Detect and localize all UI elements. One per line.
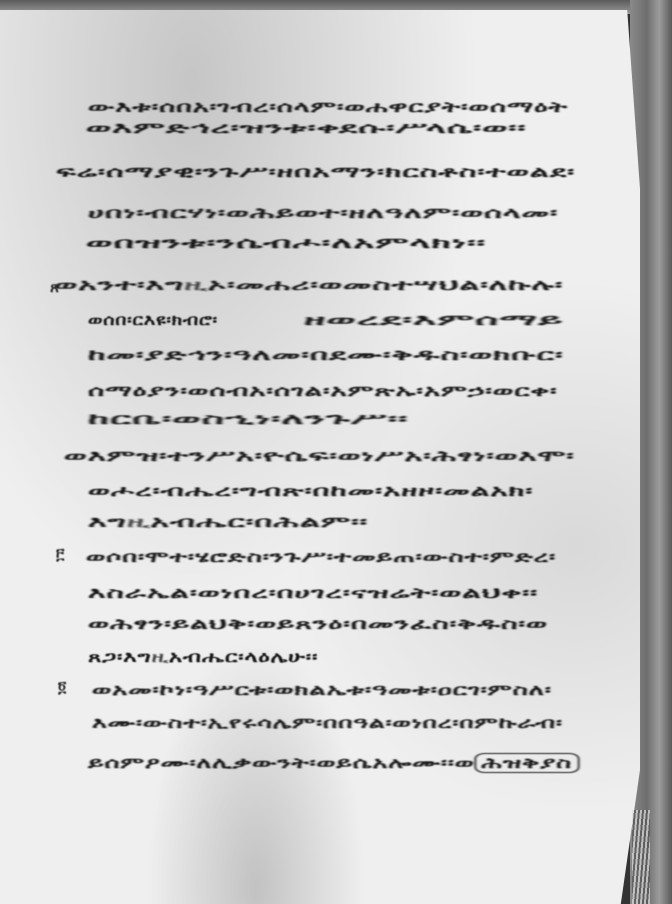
text-line: እስራኤል፡ወነበረ፡በሀገረ፡ናዝሬት፡ወልህቀ፡፡ — [88, 584, 538, 602]
text-line: ወአንተ፡እግዚኦ፡መሐሪ፡ወመስተሣህል፡ለኩሉ፡ — [54, 276, 563, 294]
text-line: ወሶበ፡ሞተ፡ሄሮድስ፡ንጉሥ፡ተመይጠ፡ውስተ፡ምድረ፡ — [86, 548, 556, 566]
text-line: ወአመ፡ኮነ፡ዓሥርቱ፡ወክልኤቱ፡ዓመቱ፡ዐርገ፡ምስለ፡ — [92, 681, 552, 699]
text-line: ወእምድኅረ፡ዝንቱ፡ቀደሱ፡ሥላሴ፡ወ፡፡ — [86, 119, 527, 137]
text-line: ወሕፃን፡ይልህቅ፡ወይጸንዕ፡በመንፈስ፡ቅዱስ፡ወ — [88, 615, 548, 633]
binding-threads — [632, 810, 650, 904]
text-line: ሀበነ፡ብርሃነ፡ወሕይወተ፡ዘለዓለም፡ወሰላመ፡ — [88, 204, 558, 222]
margin-mark: ጸ — [50, 278, 59, 296]
text-line: ወእምዝ፡ተንሥአ፡ዮሴፍ፡ወነሥአ፡ሕፃነ፡ወእሞ፡ — [64, 447, 575, 465]
margin-mark: ፬ — [58, 678, 66, 696]
text-line: ዘወረደ፡እምሰማይ — [304, 311, 564, 329]
margin-mark: ፫ — [56, 545, 64, 563]
text-line: ወበዝንቱ፡ንሴብሖ፡ለአምላክነ፡፡ — [86, 234, 486, 252]
manuscript-page: ውእቱ፡ሰበአ፡ገብረ፡ሰላም፡ወሐዋርያት፡ወሰማዕትወእምድኅረ፡ዝንቱ፡ቀ… — [0, 10, 640, 904]
text-line: ጸጋ፡እግዚአብሔር፡ላዕሌሁ፡፡ — [88, 648, 318, 666]
text-line: እግዚአብሔር፡በሕልም፡፡ — [88, 513, 368, 531]
text-line: ወሰበ፡ርእዩ፡ክብሮ፡ — [88, 311, 218, 329]
text-line: ፍሬ፡ሰማያዊ፡ንጉሥ፡ዘበአማን፡ክርስቶስ፡ተወልደ፡ — [56, 163, 575, 181]
boxed-word: ሕዝቅያስ — [474, 753, 578, 773]
text-line: ሰማዕያን፡ወሰብአ፡ሰገል፡አምጽኡ፡አምኃ፡ወርቀ፡ — [88, 382, 557, 400]
text-line: ከርቤ፡ወስኂነ፡ለንጉሥ፡፡ — [88, 410, 408, 428]
text-line: ከመ፡ያድኅን፡ዓለመ፡በደሙ፡ቅዱስ፡ወክቡር፡ — [88, 346, 564, 364]
text-line: እሙ፡ውስተ፡ኢየሩሳሌም፡በበዓል፡ወነበረ፡በምኩራብ፡ — [92, 714, 563, 732]
text-line: ወሖረ፡ብሔረ፡ግብጽ፡በከመ፡አዘዞ፡መልአክ፡ — [88, 482, 533, 500]
text-line: ይሰምዖሙ፡ለሊቃውንት፡ወይሴአሎሙ፡፡ወሕዝቅያስ — [88, 754, 579, 772]
text-line: ውእቱ፡ሰበአ፡ገብረ፡ሰላም፡ወሐዋርያት፡ወሰማዕት — [88, 98, 568, 116]
